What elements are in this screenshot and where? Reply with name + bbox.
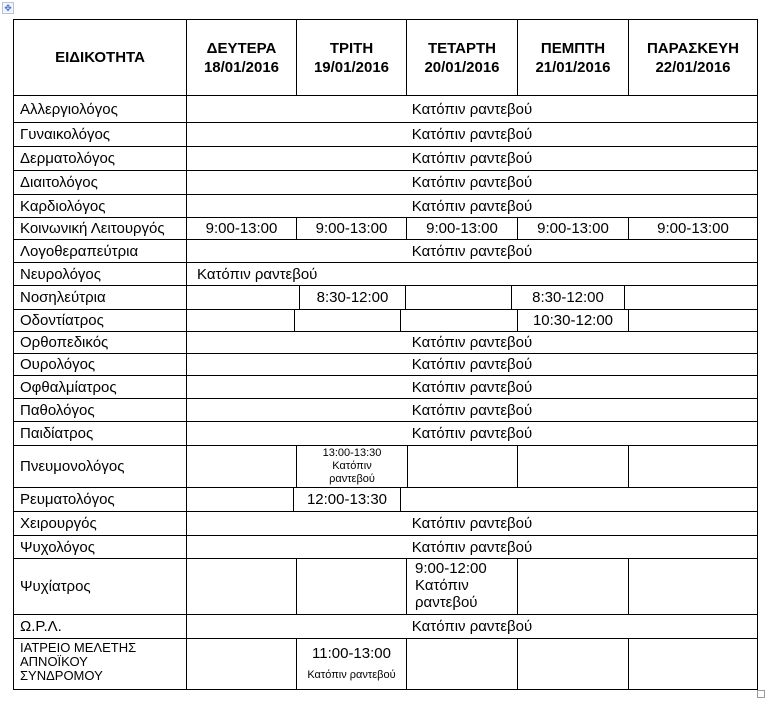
schedule-text-line: 9:00-12:00 bbox=[415, 560, 487, 577]
schedule-text: 8:30-12:00 bbox=[317, 289, 389, 306]
schedule-cell-all-days: Κατόπιν ραντεβού bbox=[186, 535, 758, 559]
schedule-cell-day-3: 8:30-12:00 bbox=[511, 285, 625, 310]
specialty-cell: Ρευματολόγος bbox=[13, 487, 187, 512]
schedule-cell-day-1: 11:00-13:00Κατόπιν ραντεβού bbox=[296, 638, 407, 690]
specialty-cell: Λογοθεραπεύτρια bbox=[13, 239, 187, 263]
specialty-cell: ΙΑΤΡΕΙΟ ΜΕΛΕΤΗΣΑΠΝΟΪΚΟΥΣΥΝΔΡΟΜΟΥ bbox=[13, 638, 187, 690]
schedule-text: Κατόπιν ραντεβού bbox=[412, 515, 532, 532]
schedule-text: Κατόπιν ραντεβού bbox=[412, 425, 532, 442]
schedule-cell-all-days: Κατόπιν ραντεβού bbox=[186, 122, 758, 147]
schedule-text: Κατόπιν ραντεβού bbox=[412, 539, 532, 556]
schedule-text-line: ραντεβού bbox=[329, 473, 375, 486]
specialty-cell: Διαιτολόγος bbox=[13, 170, 187, 195]
table-move-handle-icon[interactable]: ✥ bbox=[2, 2, 14, 14]
schedule-text: 9:00-13:00 bbox=[206, 220, 278, 237]
schedule-cell-all-days: Κατόπιν ραντεβού bbox=[186, 614, 758, 639]
schedule-cell-day-3: 10:30-12:00 bbox=[517, 309, 629, 332]
schedule-text: 12:00-13:30 bbox=[307, 491, 387, 508]
specialty-label: Ρευματολόγος bbox=[20, 491, 115, 508]
schedule-cell-day-1: 8:30-12:00 bbox=[299, 285, 406, 310]
schedule-text: Κατόπιν ραντεβού bbox=[412, 379, 532, 396]
specialty-label: Νευρολόγος bbox=[20, 266, 101, 283]
specialty-cell: Οφθαλμίατρος bbox=[13, 375, 187, 399]
specialty-label: Οδοντίατρος bbox=[20, 312, 104, 329]
header-day-date: 20/01/2016 bbox=[424, 58, 499, 77]
specialty-label: Νοσηλεύτρια bbox=[20, 289, 106, 306]
schedule-cell-day-4: 9:00-13:00 bbox=[628, 217, 758, 240]
specialty-label: Παιδίατρος bbox=[20, 425, 93, 442]
specialty-cell: Χειρουργός bbox=[13, 511, 187, 536]
specialty-label-line: ΑΠΝΟΪΚΟΥ bbox=[20, 655, 186, 669]
schedule-text: 9:00-13:00 bbox=[537, 220, 609, 237]
specialty-cell: Αλλεργιολόγος bbox=[13, 95, 187, 123]
header-day-date: 22/01/2016 bbox=[655, 58, 730, 77]
schedule-cell-day-1 bbox=[294, 309, 401, 332]
schedule-text: 8:30-12:00 bbox=[532, 289, 604, 306]
schedule-cell-day-2 bbox=[407, 445, 518, 488]
specialty-cell: Ω.Ρ.Λ. bbox=[13, 614, 187, 639]
specialty-label-line: ΙΑΤΡΕΙΟ ΜΕΛΕΤΗΣ bbox=[20, 641, 186, 655]
specialty-label: Παθολόγος bbox=[20, 402, 95, 419]
schedule-cell-day-0 bbox=[186, 487, 294, 512]
schedule-cell-day-2 bbox=[400, 487, 758, 512]
schedule-cell-day-1: 9:00-13:00 bbox=[296, 217, 407, 240]
schedule-text: Κατόπιν ραντεβού bbox=[412, 334, 532, 351]
schedule-table: ΕΙΔΙΚΟΤΗΤΑΔΕΥΤΕΡΑ18/01/2016ΤΡΙΤΗ19/01/20… bbox=[13, 19, 757, 689]
schedule-cell-day-4 bbox=[628, 445, 758, 488]
schedule-cell-day-0 bbox=[186, 638, 297, 690]
schedule-text-line: 11:00-13:00 bbox=[312, 643, 391, 665]
schedule-text: Κατόπιν ραντεβού bbox=[197, 266, 317, 283]
schedule-text: Κατόπιν ραντεβού bbox=[412, 618, 532, 635]
specialty-cell: Δερματολόγος bbox=[13, 146, 187, 171]
specialty-cell: Οδοντίατρος bbox=[13, 309, 187, 332]
schedule-cell-day-0 bbox=[186, 558, 297, 615]
specialty-cell: Παθολόγος bbox=[13, 398, 187, 422]
header-specialty-label: ΕΙΔΙΚΟΤΗΤΑ bbox=[55, 48, 145, 67]
schedule-text: Κατόπιν ραντεβού bbox=[412, 150, 532, 167]
schedule-cell-all-days: Κατόπιν ραντεβού bbox=[186, 353, 758, 376]
specialty-cell: Ψυχίατρος bbox=[13, 558, 187, 615]
schedule-cell-all-days: Κατόπιν ραντεβού bbox=[186, 194, 758, 218]
header-day-name: ΤΕΤΑΡΤΗ bbox=[428, 39, 496, 58]
specialty-label: Πνευμονολόγος bbox=[20, 458, 124, 475]
specialty-label: Γυναικολόγος bbox=[20, 126, 110, 143]
schedule-cell-all-days: Κατόπιν ραντεβού bbox=[186, 331, 758, 354]
header-day-date: 21/01/2016 bbox=[535, 58, 610, 77]
specialty-label: Ψυχίατρος bbox=[20, 578, 91, 595]
schedule-cell-day-3 bbox=[517, 638, 629, 690]
header-day-1: ΤΡΙΤΗ19/01/2016 bbox=[296, 19, 407, 96]
schedule-text-line: ραντεβού bbox=[415, 594, 478, 611]
header-day-date: 18/01/2016 bbox=[204, 58, 279, 77]
specialty-cell: Ορθοπεδικός bbox=[13, 331, 187, 354]
schedule-cell-day-3 bbox=[517, 445, 629, 488]
specialty-label: Χειρουργός bbox=[20, 515, 97, 532]
header-day-name: ΠΕΜΠΤΗ bbox=[541, 39, 605, 58]
schedule-cell-all-days: Κατόπιν ραντεβού bbox=[186, 146, 758, 171]
header-day-name: ΠΑΡΑΣΚΕΥΗ bbox=[647, 39, 739, 58]
specialty-label: Καρδιολόγος bbox=[20, 198, 105, 215]
specialty-label: Ορθοπεδικός bbox=[20, 334, 108, 351]
schedule-cell-day-2: 9:00-13:00 bbox=[406, 217, 518, 240]
specialty-label-line: ΣΥΝΔΡΟΜΟΥ bbox=[20, 669, 186, 683]
schedule-text: 9:00-13:00 bbox=[426, 220, 498, 237]
schedule-text-line: Κατόπιν ραντεβού bbox=[307, 665, 395, 685]
schedule-cell-day-3 bbox=[517, 558, 629, 615]
schedule-cell-day-1 bbox=[296, 558, 407, 615]
schedule-text: Κατόπιν ραντεβού bbox=[412, 198, 532, 215]
specialty-label: Λογοθεραπεύτρια bbox=[20, 243, 138, 260]
header-day-name: ΔΕΥΤΕΡΑ bbox=[207, 39, 277, 58]
specialty-cell: Γυναικολόγος bbox=[13, 122, 187, 147]
table-resize-handle-icon[interactable] bbox=[757, 690, 765, 698]
schedule-cell-all-days: Κατόπιν ραντεβού bbox=[186, 239, 758, 263]
header-day-2: ΤΕΤΑΡΤΗ20/01/2016 bbox=[406, 19, 518, 96]
schedule-cell-all-days: Κατόπιν ραντεβού bbox=[186, 262, 758, 286]
schedule-cell-day-2 bbox=[405, 285, 512, 310]
schedule-text: Κατόπιν ραντεβού bbox=[412, 126, 532, 143]
schedule-text: 9:00-13:00 bbox=[657, 220, 729, 237]
header-day-date: 19/01/2016 bbox=[314, 58, 389, 77]
header-day-name: ΤΡΙΤΗ bbox=[330, 39, 373, 58]
schedule-cell-day-4 bbox=[628, 309, 758, 332]
schedule-cell-day-3: 9:00-13:00 bbox=[517, 217, 629, 240]
specialty-cell: Νοσηλεύτρια bbox=[13, 285, 187, 310]
schedule-cell-day-0: 9:00-13:00 bbox=[186, 217, 297, 240]
specialty-label: Ω.Ρ.Λ. bbox=[20, 618, 62, 635]
schedule-cell-day-0 bbox=[186, 445, 297, 488]
schedule-cell-day-2: 9:00-12:00Κατόπινραντεβού bbox=[406, 558, 518, 615]
schedule-cell-day-4 bbox=[628, 638, 758, 690]
specialty-label: Δερματολόγος bbox=[20, 150, 115, 167]
schedule-text: Κατόπιν ραντεβού bbox=[412, 174, 532, 191]
specialty-label: Αλλεργιολόγος bbox=[20, 101, 118, 118]
schedule-cell-day-2 bbox=[400, 309, 518, 332]
schedule-text: Κατόπιν ραντεβού bbox=[412, 243, 532, 260]
specialty-cell: Παιδίατρος bbox=[13, 421, 187, 446]
schedule-cell-day-0 bbox=[186, 285, 300, 310]
schedule-cell-all-days: Κατόπιν ραντεβού bbox=[186, 170, 758, 195]
specialty-label: Οφθαλμίατρος bbox=[20, 379, 117, 396]
schedule-cell-all-days: Κατόπιν ραντεβού bbox=[186, 398, 758, 422]
specialty-cell: Νευρολόγος bbox=[13, 262, 187, 286]
schedule-text: 10:30-12:00 bbox=[533, 312, 613, 329]
specialty-label: Διαιτολόγος bbox=[20, 174, 98, 191]
header-day-3: ΠΕΜΠΤΗ21/01/2016 bbox=[517, 19, 629, 96]
header-day-0: ΔΕΥΤΕΡΑ18/01/2016 bbox=[186, 19, 297, 96]
schedule-text-line: Κατόπιν bbox=[415, 577, 469, 594]
schedule-text-line: Κατόπιν bbox=[332, 460, 371, 473]
schedule-cell-day-4 bbox=[624, 285, 758, 310]
specialty-cell: Ψυχολόγος bbox=[13, 535, 187, 559]
schedule-cell-all-days: Κατόπιν ραντεβού bbox=[186, 511, 758, 536]
schedule-text: Κατόπιν ραντεβού bbox=[412, 101, 532, 118]
schedule-cell-all-days: Κατόπιν ραντεβού bbox=[186, 375, 758, 399]
specialty-cell: Ουρολόγος bbox=[13, 353, 187, 376]
schedule-text: Κατόπιν ραντεβού bbox=[412, 402, 532, 419]
schedule-cell-day-1: 12:00-13:30 bbox=[293, 487, 401, 512]
schedule-text-line: 13:00-13:30 bbox=[323, 447, 382, 460]
specialty-label: Κοινωνική Λειτουργός bbox=[20, 220, 165, 237]
schedule-cell-all-days: Κατόπιν ραντεβού bbox=[186, 421, 758, 446]
schedule-cell-day-2 bbox=[406, 638, 518, 690]
specialty-cell: Κοινωνική Λειτουργός bbox=[13, 217, 187, 240]
schedule-text: 9:00-13:00 bbox=[316, 220, 388, 237]
schedule-cell-all-days: Κατόπιν ραντεβού bbox=[186, 95, 758, 123]
schedule-text: Κατόπιν ραντεβού bbox=[412, 356, 532, 373]
specialty-label: Ουρολόγος bbox=[20, 356, 95, 373]
header-day-4: ΠΑΡΑΣΚΕΥΗ22/01/2016 bbox=[628, 19, 758, 96]
specialty-label: Ψυχολόγος bbox=[20, 539, 95, 556]
schedule-cell-day-4 bbox=[628, 558, 758, 615]
header-specialty: ΕΙΔΙΚΟΤΗΤΑ bbox=[13, 19, 187, 96]
schedule-cell-day-1: 13:00-13:30Κατόπινραντεβού bbox=[296, 445, 408, 488]
specialty-cell: Καρδιολόγος bbox=[13, 194, 187, 218]
specialty-cell: Πνευμονολόγος bbox=[13, 445, 187, 488]
schedule-cell-day-0 bbox=[186, 309, 295, 332]
